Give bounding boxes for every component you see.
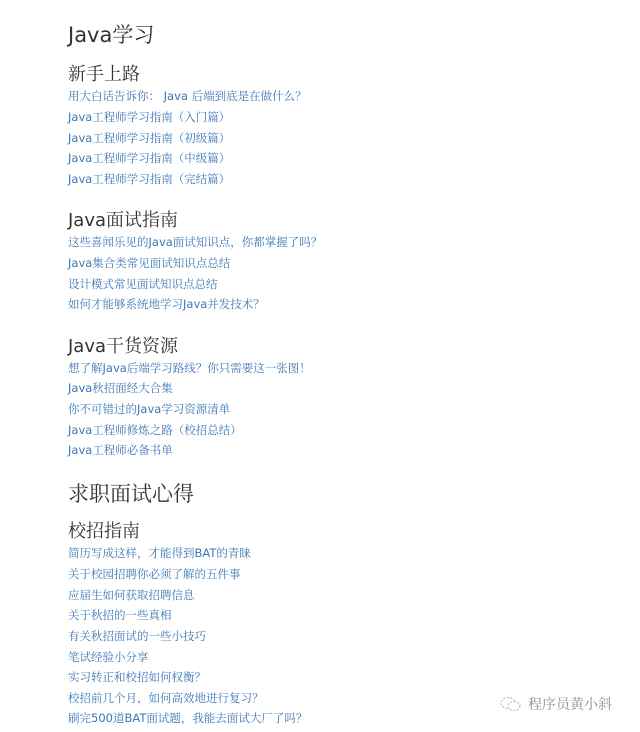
article-link[interactable]: 设计模式常见面试知识点总结 — [68, 276, 218, 292]
section-title-java-learning: Java学习 — [68, 22, 154, 48]
article-link[interactable]: 有关秋招面试的一些小技巧 — [68, 628, 206, 644]
article-link[interactable]: Java集合类常见面试知识点总结 — [68, 255, 230, 271]
article-link[interactable]: 笔试经验小分享 — [68, 649, 149, 665]
article-link[interactable]: Java工程师学习指南（入门篇） — [68, 109, 230, 125]
article-link[interactable]: Java工程师必备书单 — [68, 442, 173, 458]
article-link[interactable]: 简历写成这样，才能得到BAT的青睐 — [68, 545, 251, 561]
article-link[interactable]: Java工程师学习指南（完结篇） — [68, 171, 230, 187]
article-link[interactable]: 实习转正和校招如何权衡？ — [68, 669, 206, 685]
watermark: 程序员黄小斜 — [500, 694, 612, 714]
subsection-heading-campus-recruiting: 校招指南 — [68, 521, 140, 543]
article-link[interactable]: 如何才能够系统地学习Java并发技术？ — [68, 296, 265, 312]
wechat-icon — [500, 696, 522, 712]
subsection-heading-resources: Java干货资源 — [68, 336, 178, 358]
article-link[interactable]: 用大白话告诉你： Java 后端到底是在做什么？ — [68, 88, 307, 104]
article-link[interactable]: 关于校园招聘你必须了解的五件事 — [68, 566, 241, 582]
article-link[interactable]: Java工程师学习指南（初级篇） — [68, 130, 230, 146]
article-link[interactable]: Java工程师学习指南（中级篇） — [68, 150, 230, 166]
article-link[interactable]: Java秋招面经大合集 — [68, 380, 173, 396]
subsection-heading-interview-guide: Java面试指南 — [68, 210, 178, 232]
article-link[interactable]: 应届生如何获取招聘信息 — [68, 587, 195, 603]
watermark-text: 程序员黄小斜 — [528, 694, 612, 714]
article-link[interactable]: 这些喜闻乐见的Java面试知识点，你都掌握了吗？ — [68, 234, 322, 250]
article-link[interactable]: 你不可错过的Java学习资源清单 — [68, 401, 230, 417]
section-title-job-hunting: 求职面试心得 — [68, 481, 194, 507]
article-link[interactable]: Java工程师修炼之路（校招总结） — [68, 422, 242, 438]
article-link[interactable]: 刷完500道BAT面试题，我能去面试大厂了吗？ — [68, 710, 307, 726]
article-link[interactable]: 关于秋招的一些真相 — [68, 607, 172, 623]
subsection-heading-beginner: 新手上路 — [68, 64, 140, 86]
article-link[interactable]: 校招前几个月，如何高效地进行复习？ — [68, 690, 264, 706]
article-link[interactable]: 想了解Java后端学习路线？你只需要这一张图！ — [68, 360, 311, 376]
